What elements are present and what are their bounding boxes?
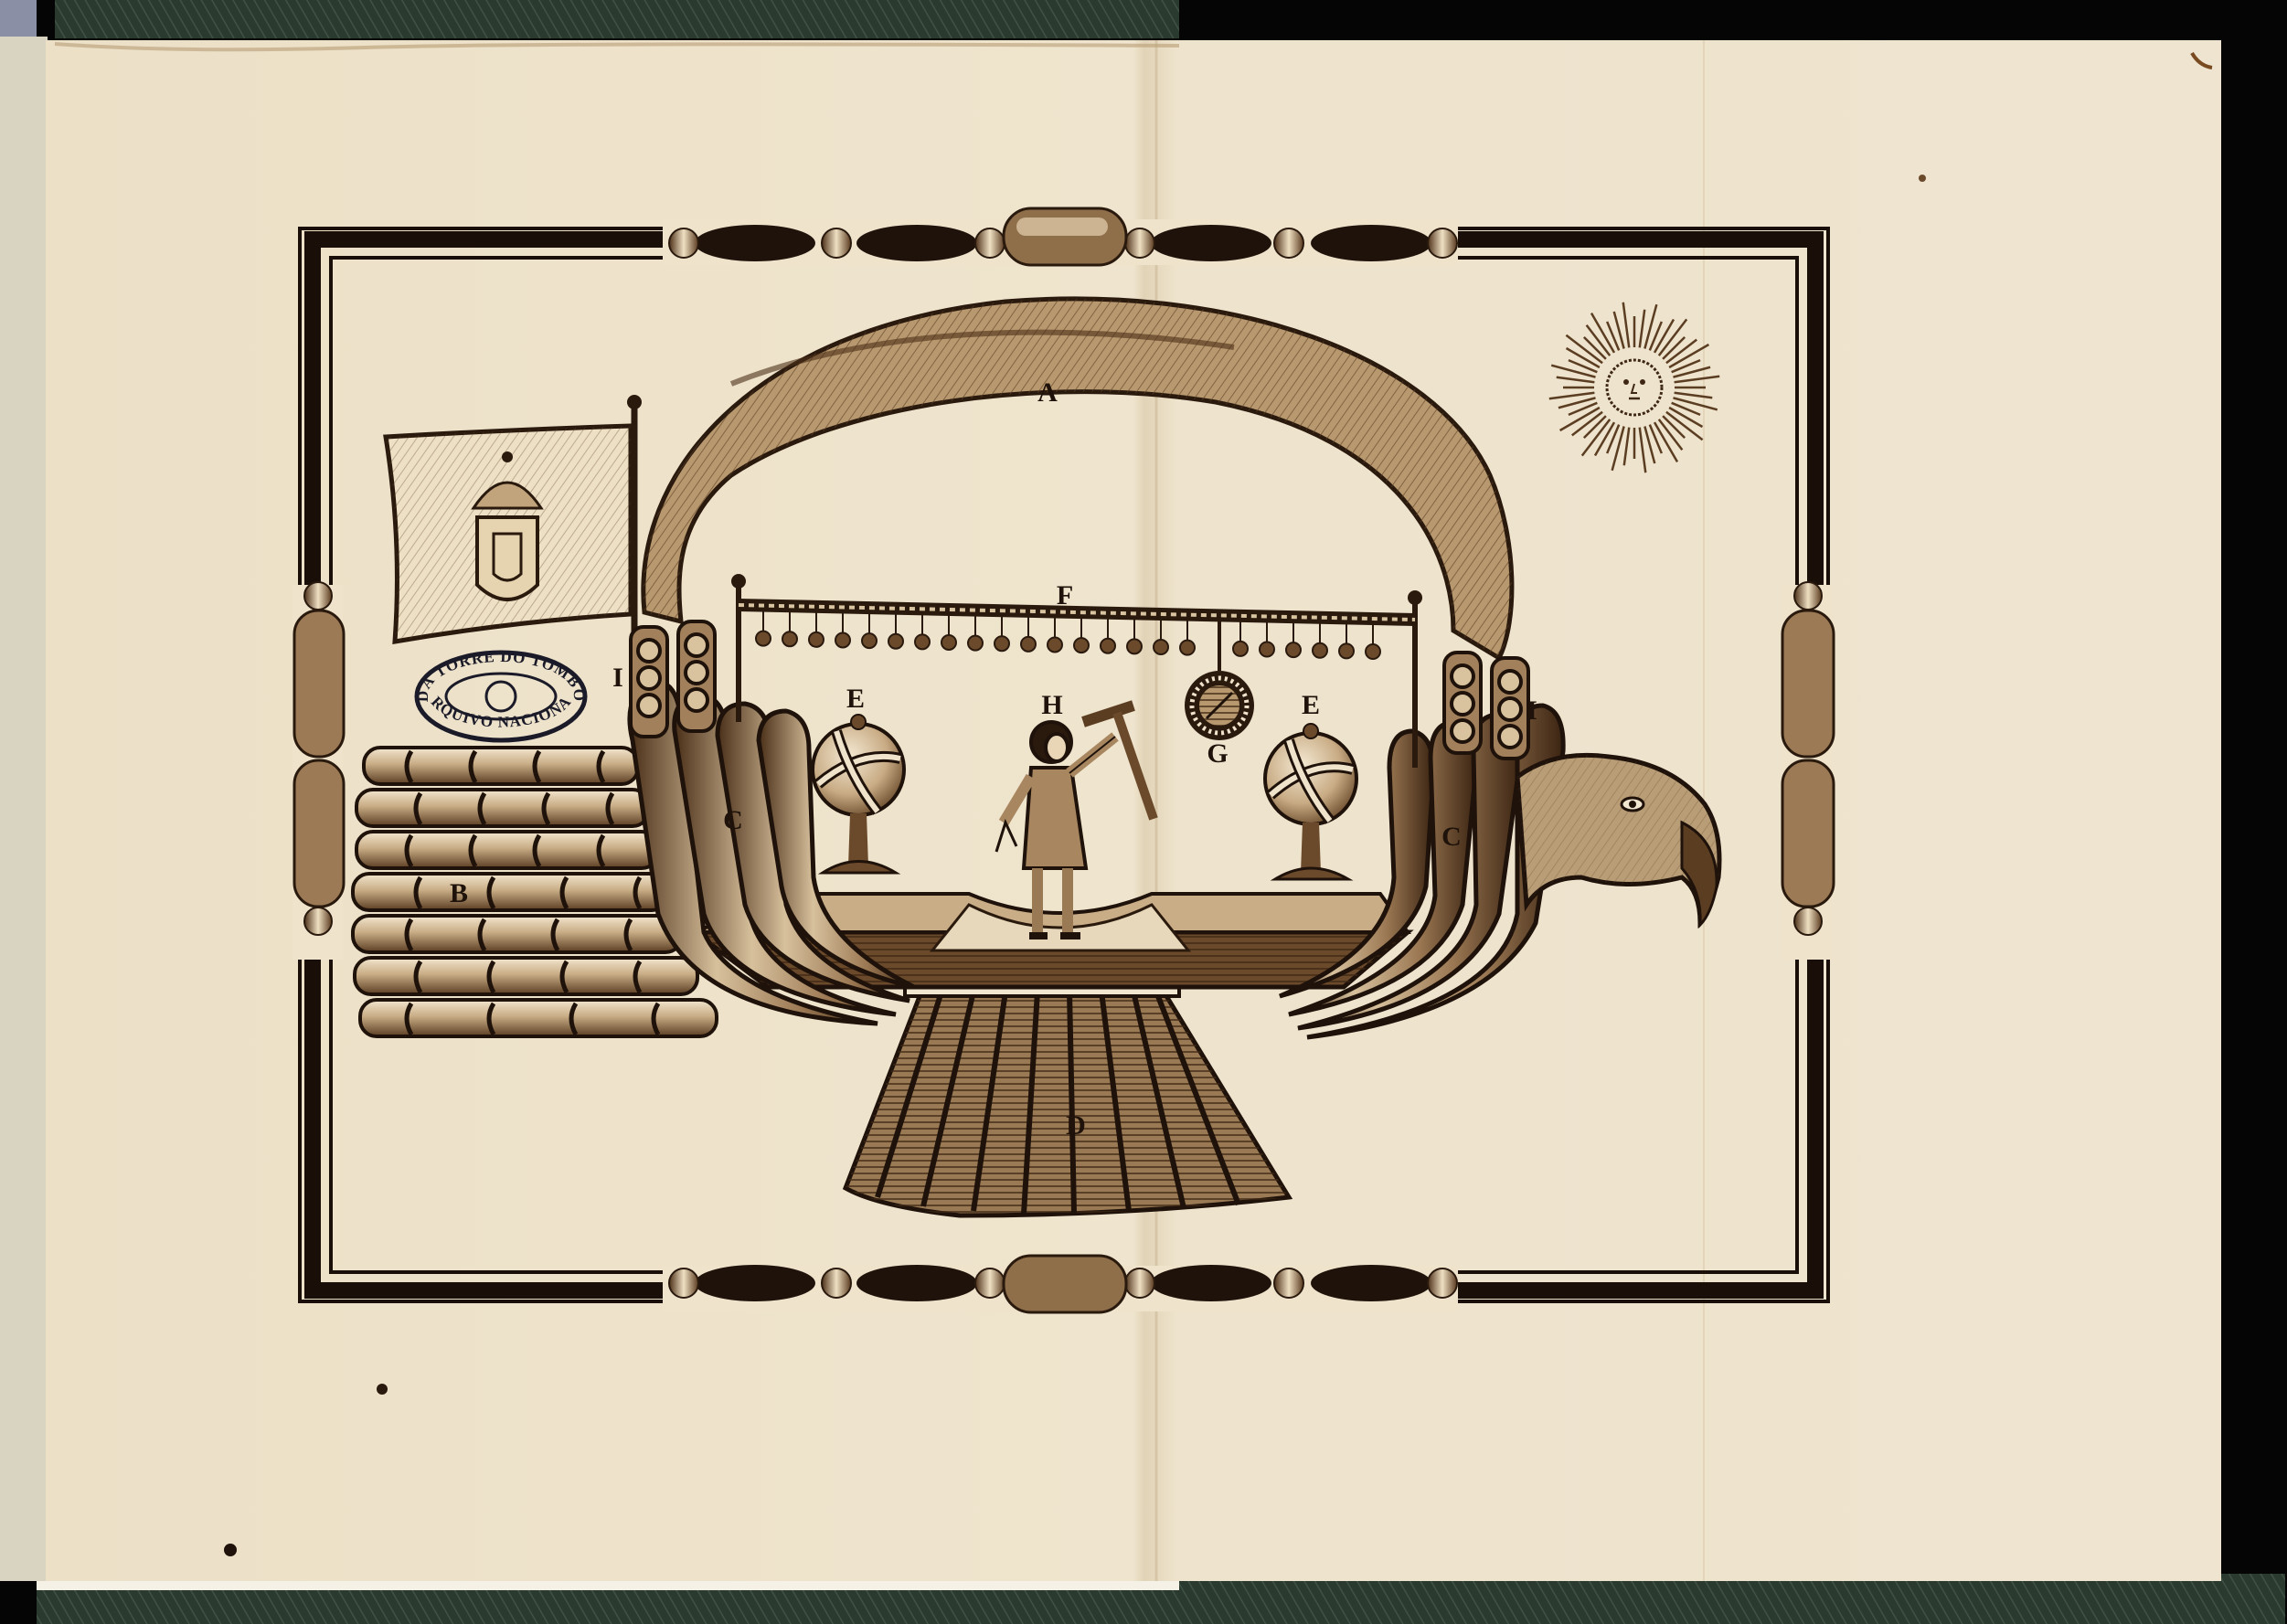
left-leaf [0, 37, 48, 1581]
legend-letter-f: F [1057, 582, 1073, 610]
legend-letter-e-left: E [846, 685, 865, 713]
legend-letter-d: D [1066, 1112, 1086, 1140]
plate-illustration: DA TORRE DO TOMBO ARQUIVO NACIONAL [0, 0, 2287, 1624]
legend-letter-i-left: I [612, 664, 623, 692]
legend-letter-g: G [1207, 740, 1228, 768]
legend-letter-a: A [1037, 379, 1058, 407]
scanned-plate: DA TORRE DO TOMBO ARQUIVO NACIONAL [0, 0, 2287, 1624]
legend-letter-e-right: E [1302, 692, 1320, 719]
legend-letter-c-right: C [1441, 823, 1462, 851]
legend-letter-h: H [1041, 692, 1062, 719]
book-cloth-top [55, 0, 1179, 38]
legend-letter-c-left: C [723, 807, 743, 834]
legend-letter-i-right: I [1526, 697, 1537, 725]
legend-letter-b: B [450, 880, 468, 908]
